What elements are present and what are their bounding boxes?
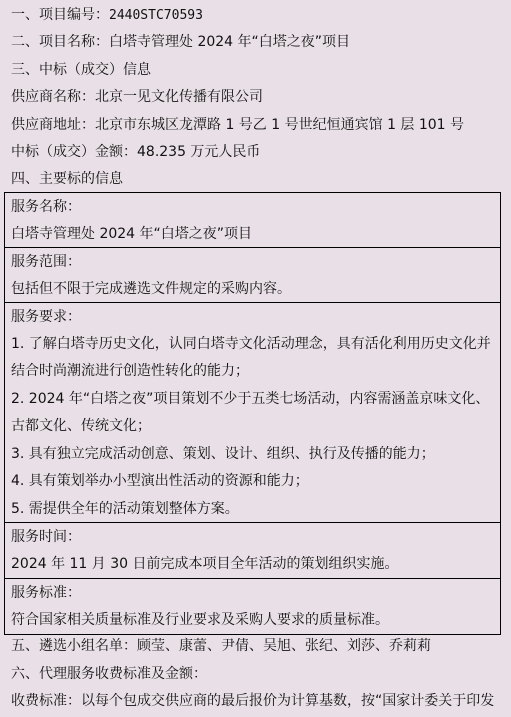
requirement-line: 古都文化、传统文化； <box>11 417 151 435</box>
supplier-address-value: 北京市东城区龙潭路 1 号乙 1 号世纪恒通宾馆 1 层 101 号 <box>95 117 464 133</box>
supplier-name-label: 供应商名称： <box>11 89 95 105</box>
service-standard-cell: 服务标准： 符合国家相关质量标准及行业要求及采购人要求的质量标准。 <box>5 579 500 634</box>
supplier-address-label: 供应商地址： <box>11 117 95 133</box>
project-number-value: 2440STC70593 <box>109 8 203 23</box>
award-info-heading: 三、中标（成交）信息 <box>11 61 151 79</box>
requirement-line: 结合时尚潮流进行创造性转化的能力； <box>11 362 249 380</box>
project-name-line: 二、项目名称：白塔寺管理处 2024 年“白塔之夜”项目 <box>11 33 350 51</box>
requirement-line: 2. 2024 年“白塔之夜”项目策划不少于五类七场活动，内容需涵盖京味文化、 <box>11 390 489 408</box>
service-requirements-label: 服务要求： <box>11 308 81 326</box>
supplier-name-value: 北京一见文化传播有限公司 <box>95 89 263 105</box>
fee-standard-line: 收费标准：以每个包成交供应商的最后报价为计算基数，按“国家计委关于印发 <box>11 692 494 710</box>
service-name-value: 白塔寺管理处 2024 年“白塔之夜”项目 <box>11 225 252 243</box>
service-name-label: 服务名称： <box>11 198 81 216</box>
main-subject-heading: 四、主要标的信息 <box>11 170 123 188</box>
service-time-cell: 服务时间： 2024 年 11 月 30 日前完成本项目全年活动的策划组织实施。 <box>5 523 500 579</box>
service-scope-value: 包括但不限于完成遴选文件规定的采购内容。 <box>11 280 291 298</box>
service-name-cell: 服务名称： 白塔寺管理处 2024 年“白塔之夜”项目 <box>5 193 500 248</box>
supplier-address-line: 供应商地址：北京市东城区龙潭路 1 号乙 1 号世纪恒通宾馆 1 层 101 号 <box>11 116 464 134</box>
service-standard-value: 符合国家相关质量标准及行业要求及采购人要求的质量标准。 <box>11 611 389 629</box>
service-scope-cell: 服务范围： 包括但不限于完成遴选文件规定的采购内容。 <box>5 248 500 303</box>
project-number-label: 一、项目编号： <box>11 7 109 23</box>
subject-info-table: 服务名称： 白塔寺管理处 2024 年“白塔之夜”项目 服务范围： 包括但不限于… <box>4 192 501 635</box>
service-requirements-cell: 服务要求： 1. 了解白塔寺历史文化，认同白塔寺文化活动理念，具有活化利用历史文… <box>5 303 500 523</box>
service-scope-label: 服务范围： <box>11 253 81 271</box>
service-standard-label: 服务标准： <box>11 584 81 602</box>
award-amount-value: 48.235 万元人民币 <box>137 144 260 160</box>
requirement-line: 5. 需提供全年的活动策划整体方案。 <box>11 500 239 518</box>
fee-heading: 六、代理服务收费标准及金额： <box>11 665 207 683</box>
service-time-value: 2024 年 11 月 30 日前完成本项目全年活动的策划组织实施。 <box>11 555 399 573</box>
project-name-value: 白塔寺管理处 2024 年“白塔之夜”项目 <box>109 34 350 50</box>
requirement-line: 3. 具有独立完成活动创意、策划、设计、组织、执行及传播的能力； <box>11 445 435 463</box>
supplier-name-line: 供应商名称：北京一见文化传播有限公司 <box>11 88 263 106</box>
project-number-line: 一、项目编号：2440STC70593 <box>11 6 203 24</box>
award-amount-line: 中标（成交）金额：48.235 万元人民币 <box>11 143 260 161</box>
requirement-line: 1. 了解白塔寺历史文化，认同白塔寺文化活动理念，具有活化利用历史文化并 <box>11 335 491 353</box>
panel-list-line: 五、遴选小组名单：顾莹、康蕾、尹倩、吴旭、张纪、刘莎、乔莉莉 <box>11 637 431 655</box>
award-amount-label: 中标（成交）金额： <box>11 144 137 160</box>
project-name-label: 二、项目名称： <box>11 34 109 50</box>
requirement-line: 4. 具有策划举办小型演出性活动的资源和能力； <box>11 472 309 490</box>
service-time-label: 服务时间： <box>11 528 81 546</box>
